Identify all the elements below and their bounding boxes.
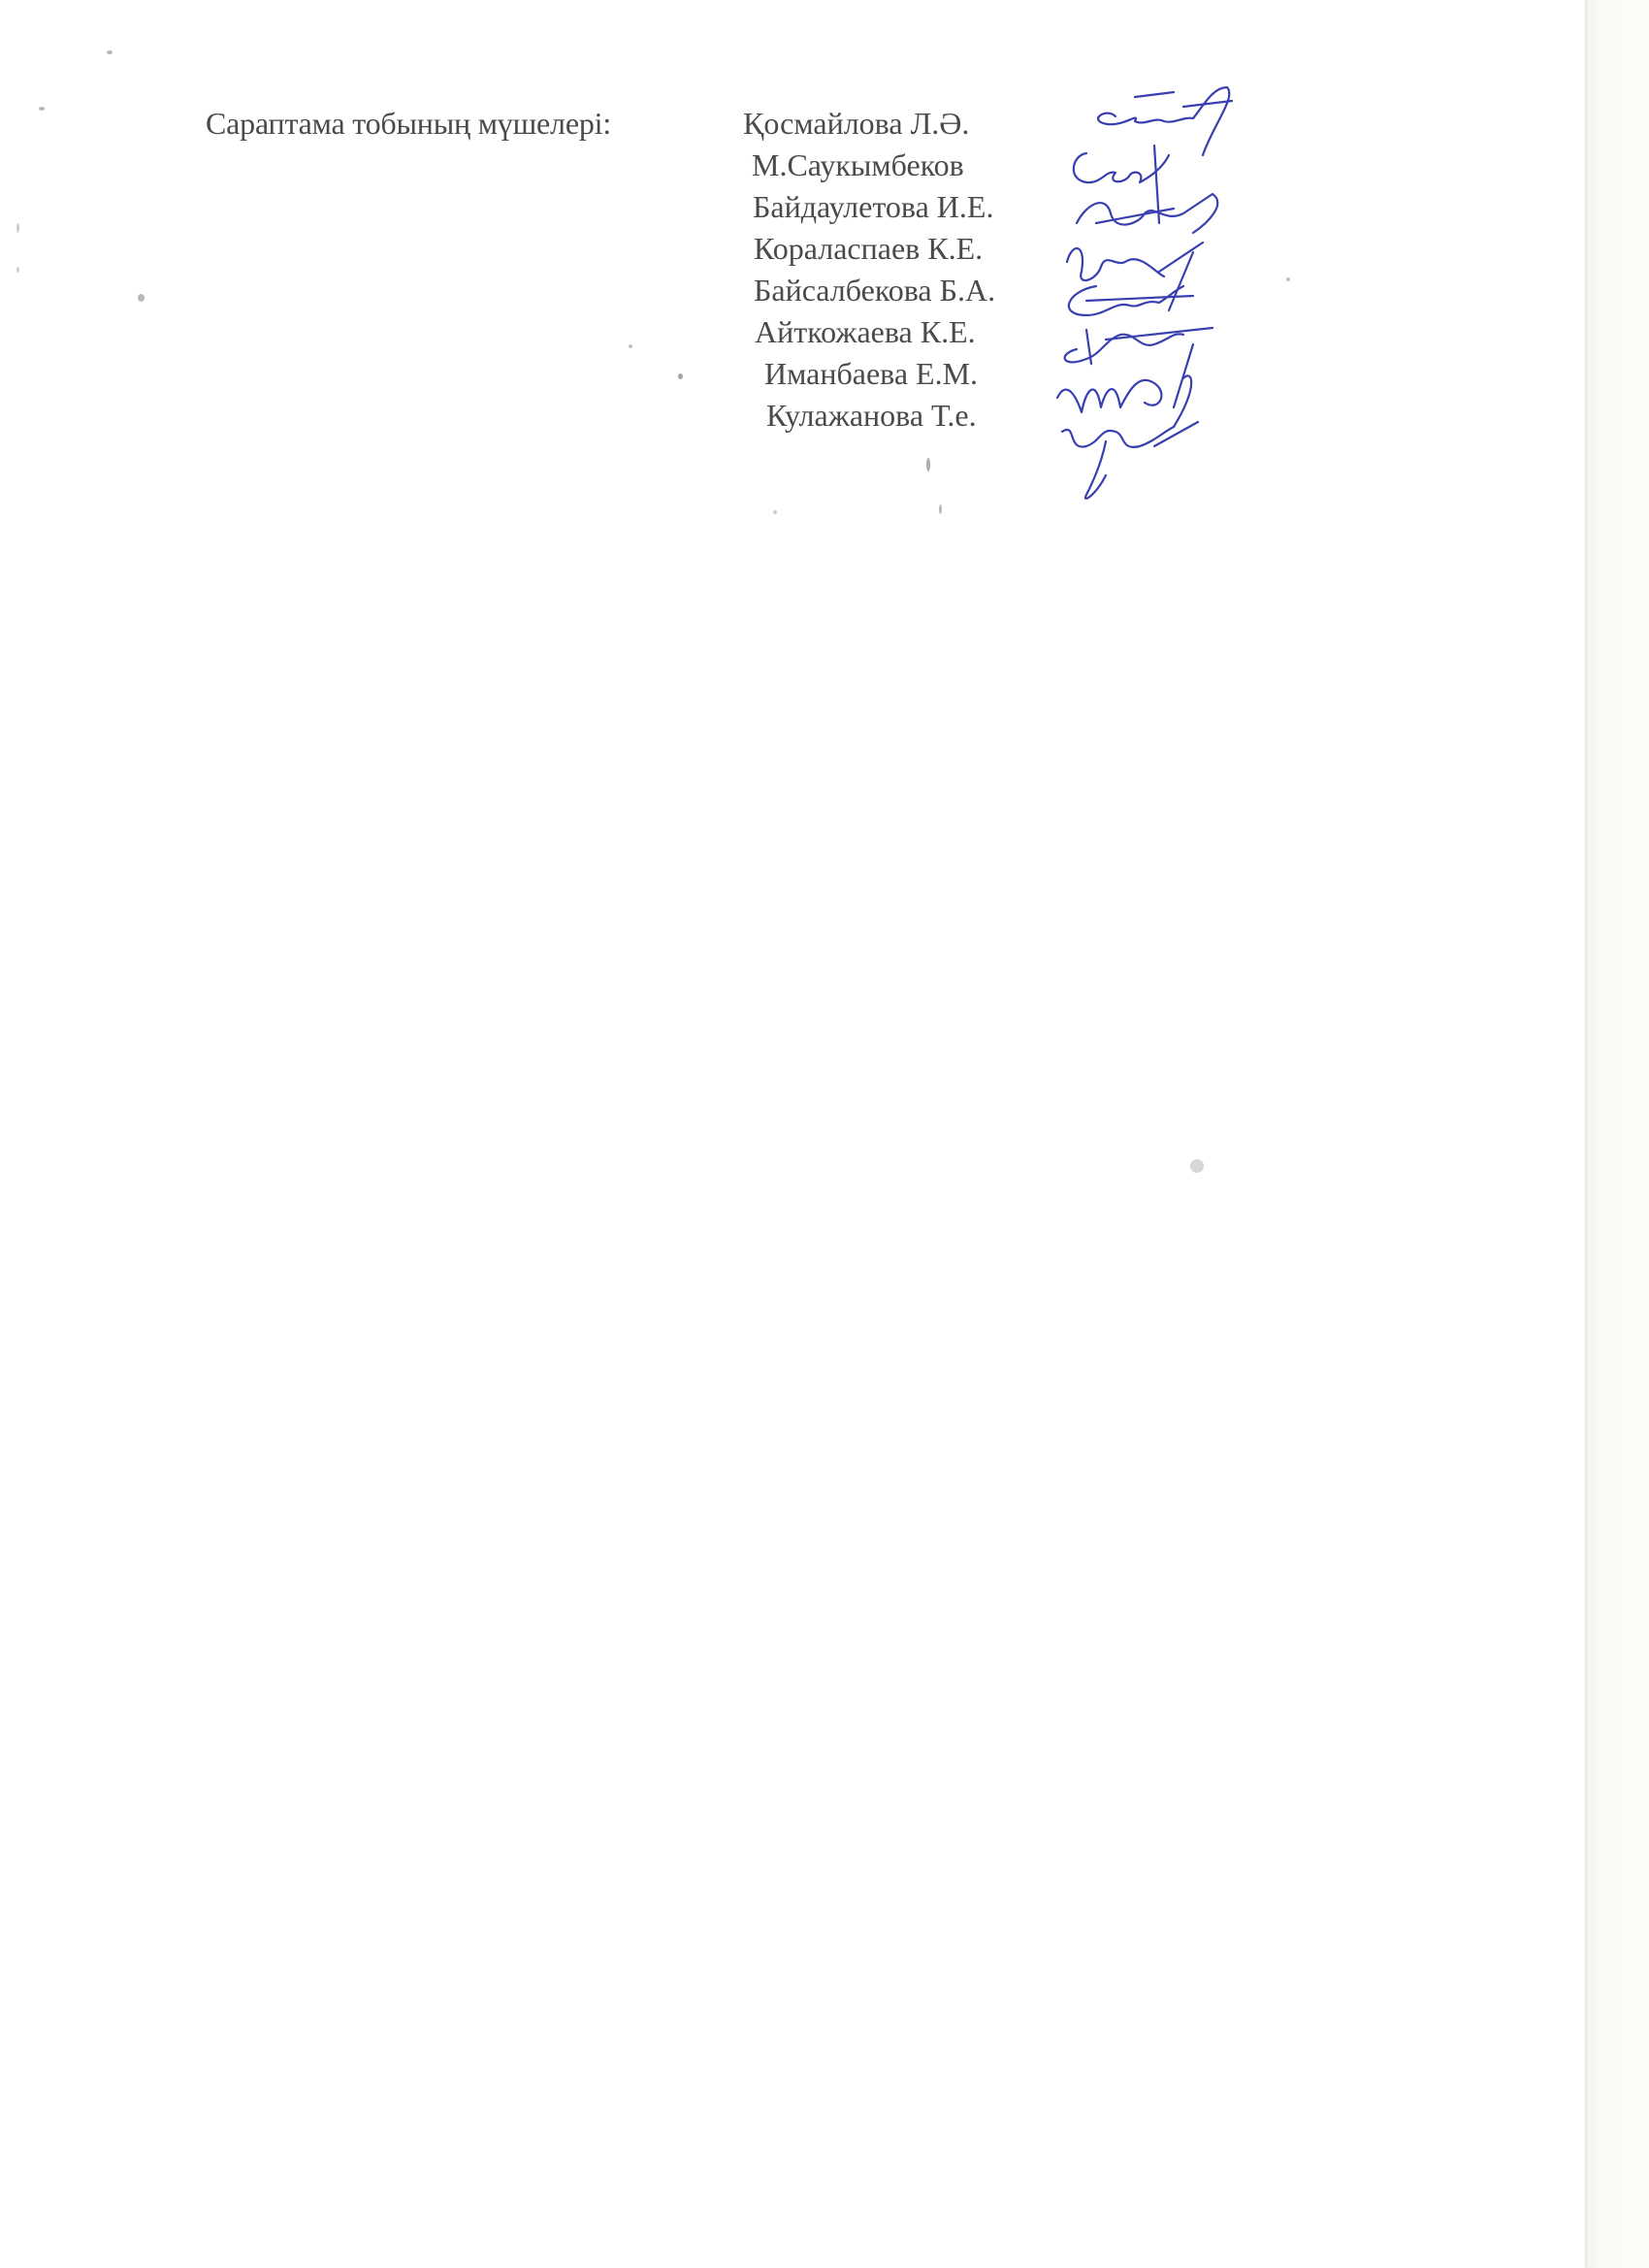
signature-icon <box>1062 422 1198 499</box>
scanned-page: Сараптама тобының мүшелері: Қосмайлова Л… <box>0 0 1600 2268</box>
expert-group-label: Сараптама тобының мүшелері: <box>206 104 611 143</box>
member-name: Байсалбекова Б.А. <box>754 271 995 309</box>
member-name: М.Саукымбеков <box>752 146 964 184</box>
scan-artifact <box>138 294 145 302</box>
scan-artifact <box>926 458 930 471</box>
scan-artifact <box>939 504 942 514</box>
signature-icon <box>1077 194 1217 272</box>
scan-artifact <box>773 510 777 514</box>
scan-artifact <box>1190 1159 1204 1173</box>
member-name: Кулажанова Т.е. <box>766 396 977 435</box>
signatures-block <box>1048 78 1300 504</box>
member-name: Иманбаева Е.М. <box>764 354 978 393</box>
scan-artifact <box>629 344 632 348</box>
signature-icon <box>1069 286 1193 315</box>
page-edge-shadow <box>1585 0 1649 2268</box>
scan-artifact <box>16 223 19 233</box>
member-name: Қосмайлова Л.Ә. <box>743 104 969 143</box>
scan-artifact <box>39 107 45 111</box>
scan-artifact <box>1286 277 1290 281</box>
signature-icon <box>1057 375 1191 427</box>
scan-artifact <box>678 373 683 379</box>
signature-icon <box>1098 87 1232 155</box>
scan-artifact <box>16 267 19 273</box>
member-name: Айткожаева К.Е. <box>755 312 976 351</box>
scan-artifact <box>107 50 113 54</box>
member-name: Кораласпаев К.Е. <box>754 229 983 268</box>
member-name: Байдаулетова И.Е. <box>753 187 993 226</box>
